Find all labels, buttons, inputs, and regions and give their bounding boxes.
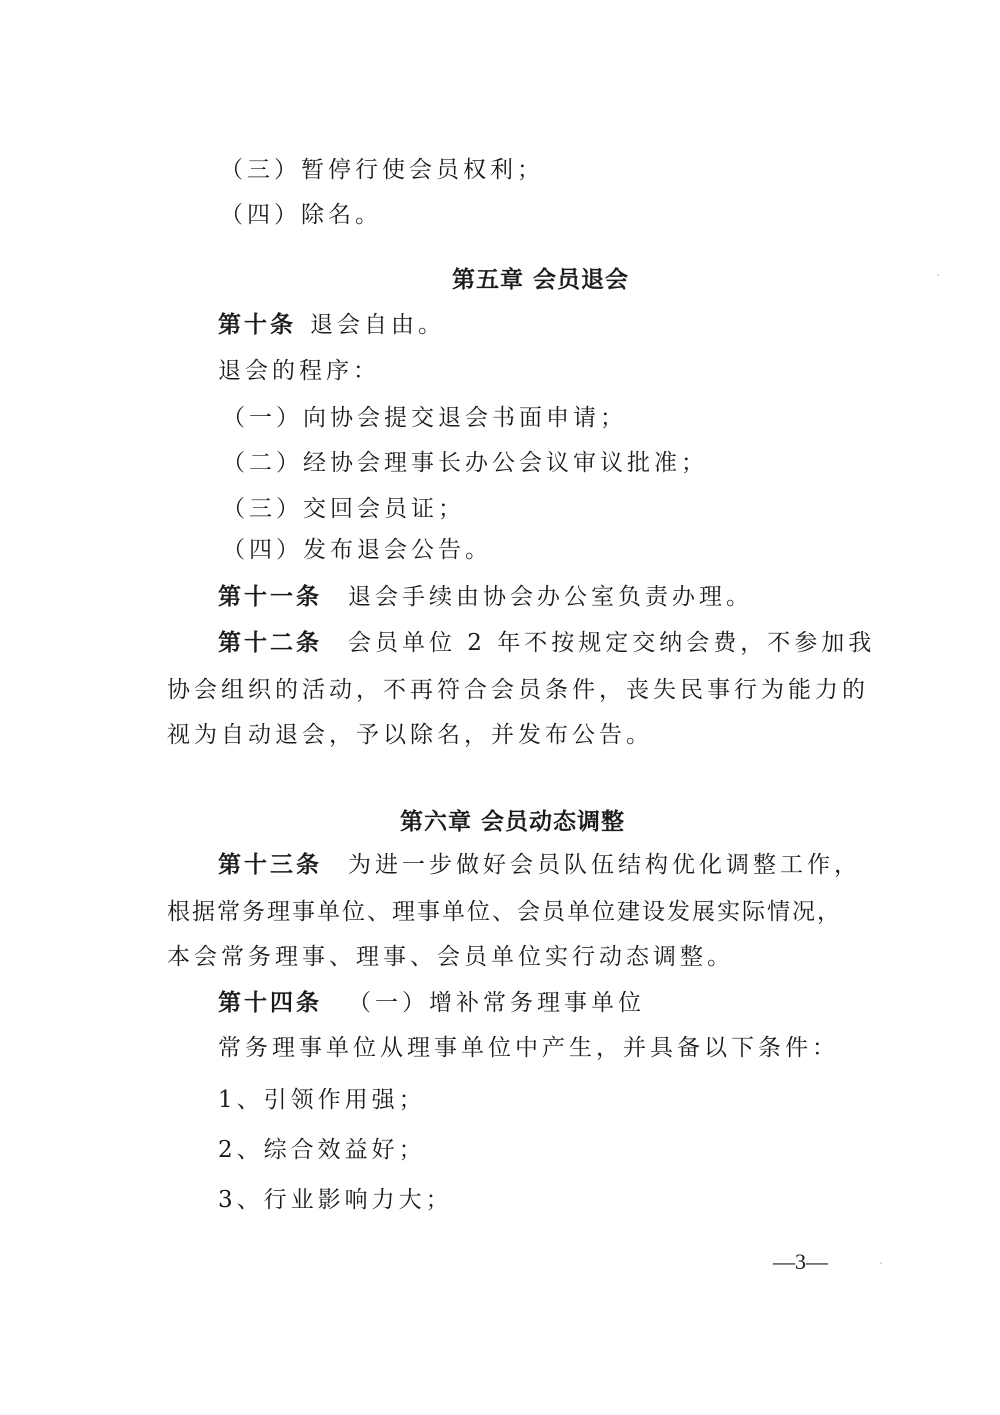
article-12-label: 第十二条 bbox=[218, 630, 322, 656]
article-11-label: 第十一条 bbox=[218, 584, 322, 610]
article-12-line-3: 视为自动退会，予以除名，并发布公告。 bbox=[167, 720, 653, 750]
procedure-item-1: （一）向协会提交退会书面申请； bbox=[222, 403, 627, 433]
article-11: 第十一条退会手续由协会办公室负责办理。 bbox=[218, 582, 753, 612]
article-13-line-1: 第十三条为进一步做好会员队伍结构优化调整工作， bbox=[218, 850, 861, 880]
procedure-item-2: （二）经协会理事长办公会议审议批准； bbox=[222, 448, 708, 478]
scan-speck bbox=[880, 1262, 882, 1264]
article-13-label: 第十三条 bbox=[218, 852, 322, 878]
article-14-label: 第十四条 bbox=[218, 990, 322, 1016]
procedure-item-3: （三）交回会员证； bbox=[222, 494, 465, 524]
list-item-suspend-rights: （三）暂停行使会员权利； bbox=[220, 155, 544, 185]
article-10-label: 第十条 bbox=[218, 312, 296, 338]
chapter-six-heading: 第六章 会员动态调整 bbox=[400, 807, 625, 837]
article-11-text: 退会手续由协会办公室负责办理。 bbox=[348, 584, 753, 610]
procedure-item-4: （四）发布退会公告。 bbox=[222, 535, 492, 565]
condition-1: 1、引领作用强； bbox=[218, 1085, 426, 1115]
article-13-line-2: 根据常务理事单位、理事单位、会员单位建设发展实际情况， bbox=[167, 897, 842, 927]
article-13-text-1: 为进一步做好会员队伍结构优化调整工作， bbox=[348, 852, 861, 878]
condition-2: 2、综合效益好； bbox=[218, 1135, 426, 1165]
list-item-expel: （四）除名。 bbox=[220, 200, 382, 230]
page-number: —3— bbox=[773, 1249, 828, 1275]
procedure-title: 退会的程序： bbox=[218, 356, 380, 386]
article-12-line-2: 协会组织的活动，不再符合会员条件，丧失民事行为能力的 bbox=[167, 675, 869, 705]
article-12-line-1: 第十二条会员单位 2 年不按规定交纳会费，不参加我 bbox=[218, 628, 875, 658]
article-10: 第十条退会自由。 bbox=[218, 310, 445, 340]
article-14-intro: 常务理事单位从理事单位中产生，并具备以下条件： bbox=[218, 1033, 839, 1063]
scan-speck bbox=[937, 274, 939, 276]
article-13-line-3: 本会常务理事、理事、会员单位实行动态调整。 bbox=[167, 942, 734, 972]
article-14: 第十四条（一）增补常务理事单位 bbox=[218, 988, 645, 1018]
article-12-text-1: 会员单位 2 年不按规定交纳会费，不参加我 bbox=[348, 630, 875, 656]
article-10-text: 退会自由。 bbox=[310, 312, 445, 338]
chapter-five-heading: 第五章 会员退会 bbox=[452, 265, 629, 295]
article-14-text: （一）增补常务理事单位 bbox=[348, 990, 645, 1016]
condition-3: 3、行业影响力大； bbox=[218, 1185, 453, 1215]
